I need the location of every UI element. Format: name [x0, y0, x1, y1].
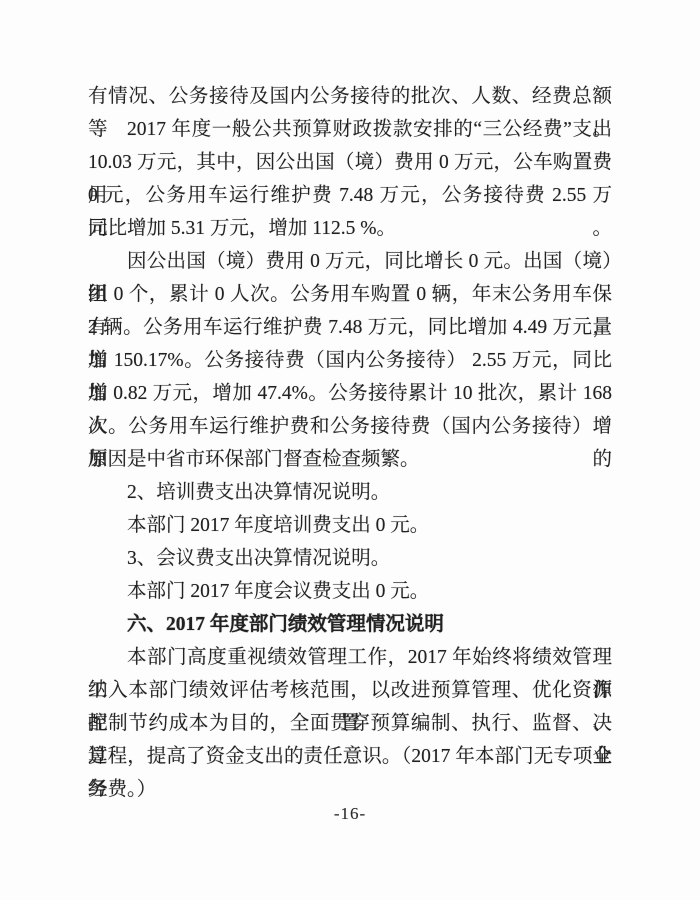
text-line: 有情况、公务接待及国内公务接待的批次、人数、经费总额等。: [88, 80, 612, 113]
text-line: 2017 年度一般公共预算财政拨款安排的“三公经费”支出: [88, 113, 612, 146]
page-footer: -16-: [0, 804, 700, 824]
text-line: 本部门 2017 年度培训费支出 0 元。: [88, 509, 612, 542]
text-line: 加 150.17%。公务接待费（国内公务接待） 2.55 万元，同比增: [88, 344, 612, 377]
text-line: 10.03 万元，其中，因公出国（境）费用 0 万元，公车购置费用: [88, 146, 612, 179]
text-line: 控制节约成本为目的，全面贯穿预算编制、执行、监督、决算全: [88, 707, 612, 740]
document-page: 有情况、公务接待及国内公务接待的批次、人数、经费总额等。2017 年度一般公共预…: [0, 0, 700, 900]
page-number: -16-: [334, 804, 366, 823]
text-line: 经费。）: [88, 773, 612, 806]
text-line: 组 0 个，累计 0 人次。公务用车购置 0 辆，年末公务用车保有量: [88, 278, 612, 311]
text-line: 过程，提高了资金支出的责任意识。（2017 年本部门无专项业务: [88, 740, 612, 773]
text-line: 本部门高度重视绩效管理工作，2017 年始终将绩效管理工作: [88, 641, 612, 674]
document-text: 有情况、公务接待及国内公务接待的批次、人数、经费总额等。2017 年度一般公共预…: [88, 80, 612, 806]
text-line: 纳入本部门绩效评估考核范围，以改进预算管理、优化资源配置、: [88, 674, 612, 707]
text-line: 因公出国（境）费用 0 万元，同比增长 0 元。出国（境）团: [88, 245, 612, 278]
text-line: 本部门 2017 年度会议费支出 0 元。: [88, 575, 612, 608]
text-line: 2 辆。公务用车运行维护费 7.48 万元，同比增加 4.49 万元，增: [88, 311, 612, 344]
text-line: 0 元，公务用车运行维护费 7.48 万元，公务接待费 2.55 万元。: [88, 179, 612, 212]
text-line: 2、培训费支出决算情况说明。: [88, 476, 612, 509]
text-line: 3、会议费支出决算情况说明。: [88, 542, 612, 575]
text-line: 次。公务用车运行维护费和公务接待费（国内公务接待）增加的: [88, 410, 612, 443]
section-heading: 六、2017 年度部门绩效管理情况说明: [88, 608, 612, 641]
text-line: 加 0.82 万元，增加 47.4%。公务接待累计 10 批次，累计 168 人: [88, 377, 612, 410]
